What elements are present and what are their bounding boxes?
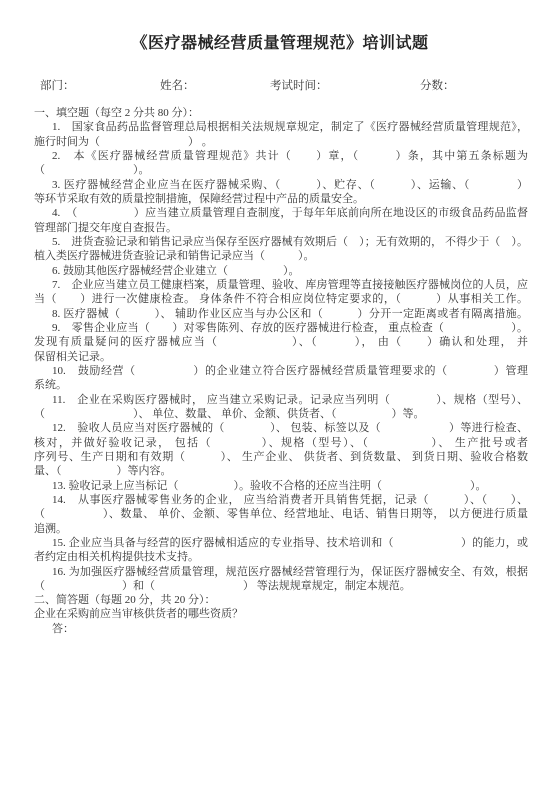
exam-item-line: 7. 企业应当建立员工健康档案，质量管理、验收、库房管理等直接接触医疗器械岗位的… xyxy=(34,278,528,292)
exam-item-line: 13. 验收记录上应当标记（ ）。验收不合格的还应当注明（ ）。 xyxy=(34,479,528,493)
exam-item-continuation-line: 序列号、生产日期和有效期（ ）、 生产企业、 供货者、到货数量、 到货日期、验收… xyxy=(34,450,528,464)
exam-item-line: 9. 零售企业应当（ ）对零售陈列、存放的医疗器械进行检查， 重点检查（ ）。 xyxy=(34,321,528,335)
header-field-score: 分数： xyxy=(420,80,560,93)
exam-item-continuation-line: （ ）。 xyxy=(34,163,528,177)
exam-item-continuation-line: 核对，并做好验收记录， 包括（ ）、规格（型号）、（ ）、 生产批号或者 xyxy=(34,436,528,450)
exam-item-line: 5. 进货查验记录和销售记录应当保存至医疗器械有效期后（ ）；无有效期的， 不得… xyxy=(34,235,528,249)
exam-item-continuation-line: 系统。 xyxy=(34,378,528,392)
exam-item-line: 2. 本《医疗器械经营质量管理规范》共计（ ）章，（ ）条，其中第五条标题为 xyxy=(34,149,528,163)
exam-item-continuation-line: 发现有质量疑问的医疗器械应当（ ）、（ ）， 由（ ）确认和处理， 并 xyxy=(34,335,528,349)
exam-item-continuation-line: 量、（ ）等内容。 xyxy=(34,464,528,478)
exam-item-line: 8. 医疗器械（ ）、 辅助作业区应当与办公区和（ ）分开一定距离或者有隔离措施… xyxy=(34,307,528,321)
section-heading: 二、简答题（每题 20 分，共 20 分）： xyxy=(34,593,528,607)
exam-item-continuation-line: 者约定由相关机构提供技术支持。 xyxy=(34,550,528,564)
exam-item-line: 12. 验收人员应当对医疗器械的（ ）、 包装、标签以及（ ）等进行检查、 xyxy=(34,421,528,435)
exam-item-continuation-line: 施行时间为（ ） 。 xyxy=(34,135,528,149)
exam-item-line: 4. （ ）应当建立质量管理自查制度，于每年年底前向所在地设区的市级食品药品监督 xyxy=(34,206,528,220)
exam-item-continuation-line: （ ）和（ ） 等法规规章规定，制定本规范。 xyxy=(34,579,528,593)
exam-item-continuation-line: 植入类医疗器械进货查验记录和销售记录应当（ ）。 xyxy=(34,249,528,263)
section-heading: 一、填空题（每空 2 分共 80 分）： xyxy=(34,106,528,120)
exam-item-continuation-line: 等环节采取有效的质量控制措施，保障经营过程中产品的质量安全。 xyxy=(34,192,528,206)
exam-item-continuation-line: 保留相关记录。 xyxy=(34,350,528,364)
exam-item-line: 15. 企业应当具备与经营的医疗器械相适应的专业指导、技术培训和（ ）的能力，或 xyxy=(34,536,528,550)
exam-item-line: 11. 企业在采购医疗器械时， 应当建立采购记录。记录应当列明（ ）、规格（型号… xyxy=(34,393,528,407)
exam-item-line: 16. 为加强医疗器械经营质量管理，规范医疗器械经营管理行为，保证医疗器械安全、… xyxy=(34,565,528,579)
header-field-department: 部门： xyxy=(40,80,160,93)
exam-header-row: 部门： 姓名： 考试时间： 分数： xyxy=(40,80,560,93)
exam-item-line: 6. 鼓励其他医疗器械经营企业建立（ ）。 xyxy=(34,264,528,278)
exam-item-line: 1. 国家食品药品监督管理总局根据相关法规规章规定，制定了《医疗器械经营质量管理… xyxy=(34,120,528,134)
exam-item-line: 3. 医疗器械经营企业应当在医疗器械采购、（ ）、贮存、（ ）、运输、（ ） xyxy=(34,178,528,192)
exam-item-line: 10. 鼓励经营（ ）的企业建立符合医疗器械经营质量管理要求的（ ）管理 xyxy=(34,364,528,378)
exam-item-continuation-line: 管理部门提交年度自查报告。 xyxy=(34,221,528,235)
page-title: 《医疗器械经营质量管理规范》培训试题 xyxy=(0,0,560,53)
header-field-name: 姓名： xyxy=(160,80,270,93)
exam-body: 一、填空题（每空 2 分共 80 分）：1. 国家食品药品监督管理总局根据相关法… xyxy=(34,106,528,636)
exam-item-continuation-line: （ ）、 单位、数量、 单价、金额、供货者、（ ）等。 xyxy=(34,407,528,421)
exam-item-continuation-line: 追溯。 xyxy=(34,522,528,536)
exam-item-continuation-line: 当（ ）进行一次健康检查。 身体条件不符合相应岗位特定要求的，（ ）从事相关工作… xyxy=(34,292,528,306)
exam-document-page: 《医疗器械经营质量管理规范》培训试题 部门： 姓名： 考试时间： 分数： 一、填… xyxy=(0,0,560,792)
question-line: 企业在采购前应当审核供货者的哪些资质？ xyxy=(34,607,528,621)
exam-item-line: 14. 从事医疗器械零售业务的企业， 应当给消费者开具销售凭据，记录（ ）、（ … xyxy=(34,493,528,507)
exam-item-continuation-line: （ ）、数量、 单价、金额、零售单位、经营地址、电话、销售日期等， 以方便进行质… xyxy=(34,507,528,521)
answer-label: 答： xyxy=(34,622,528,636)
header-field-exam-time: 考试时间： xyxy=(270,80,420,93)
